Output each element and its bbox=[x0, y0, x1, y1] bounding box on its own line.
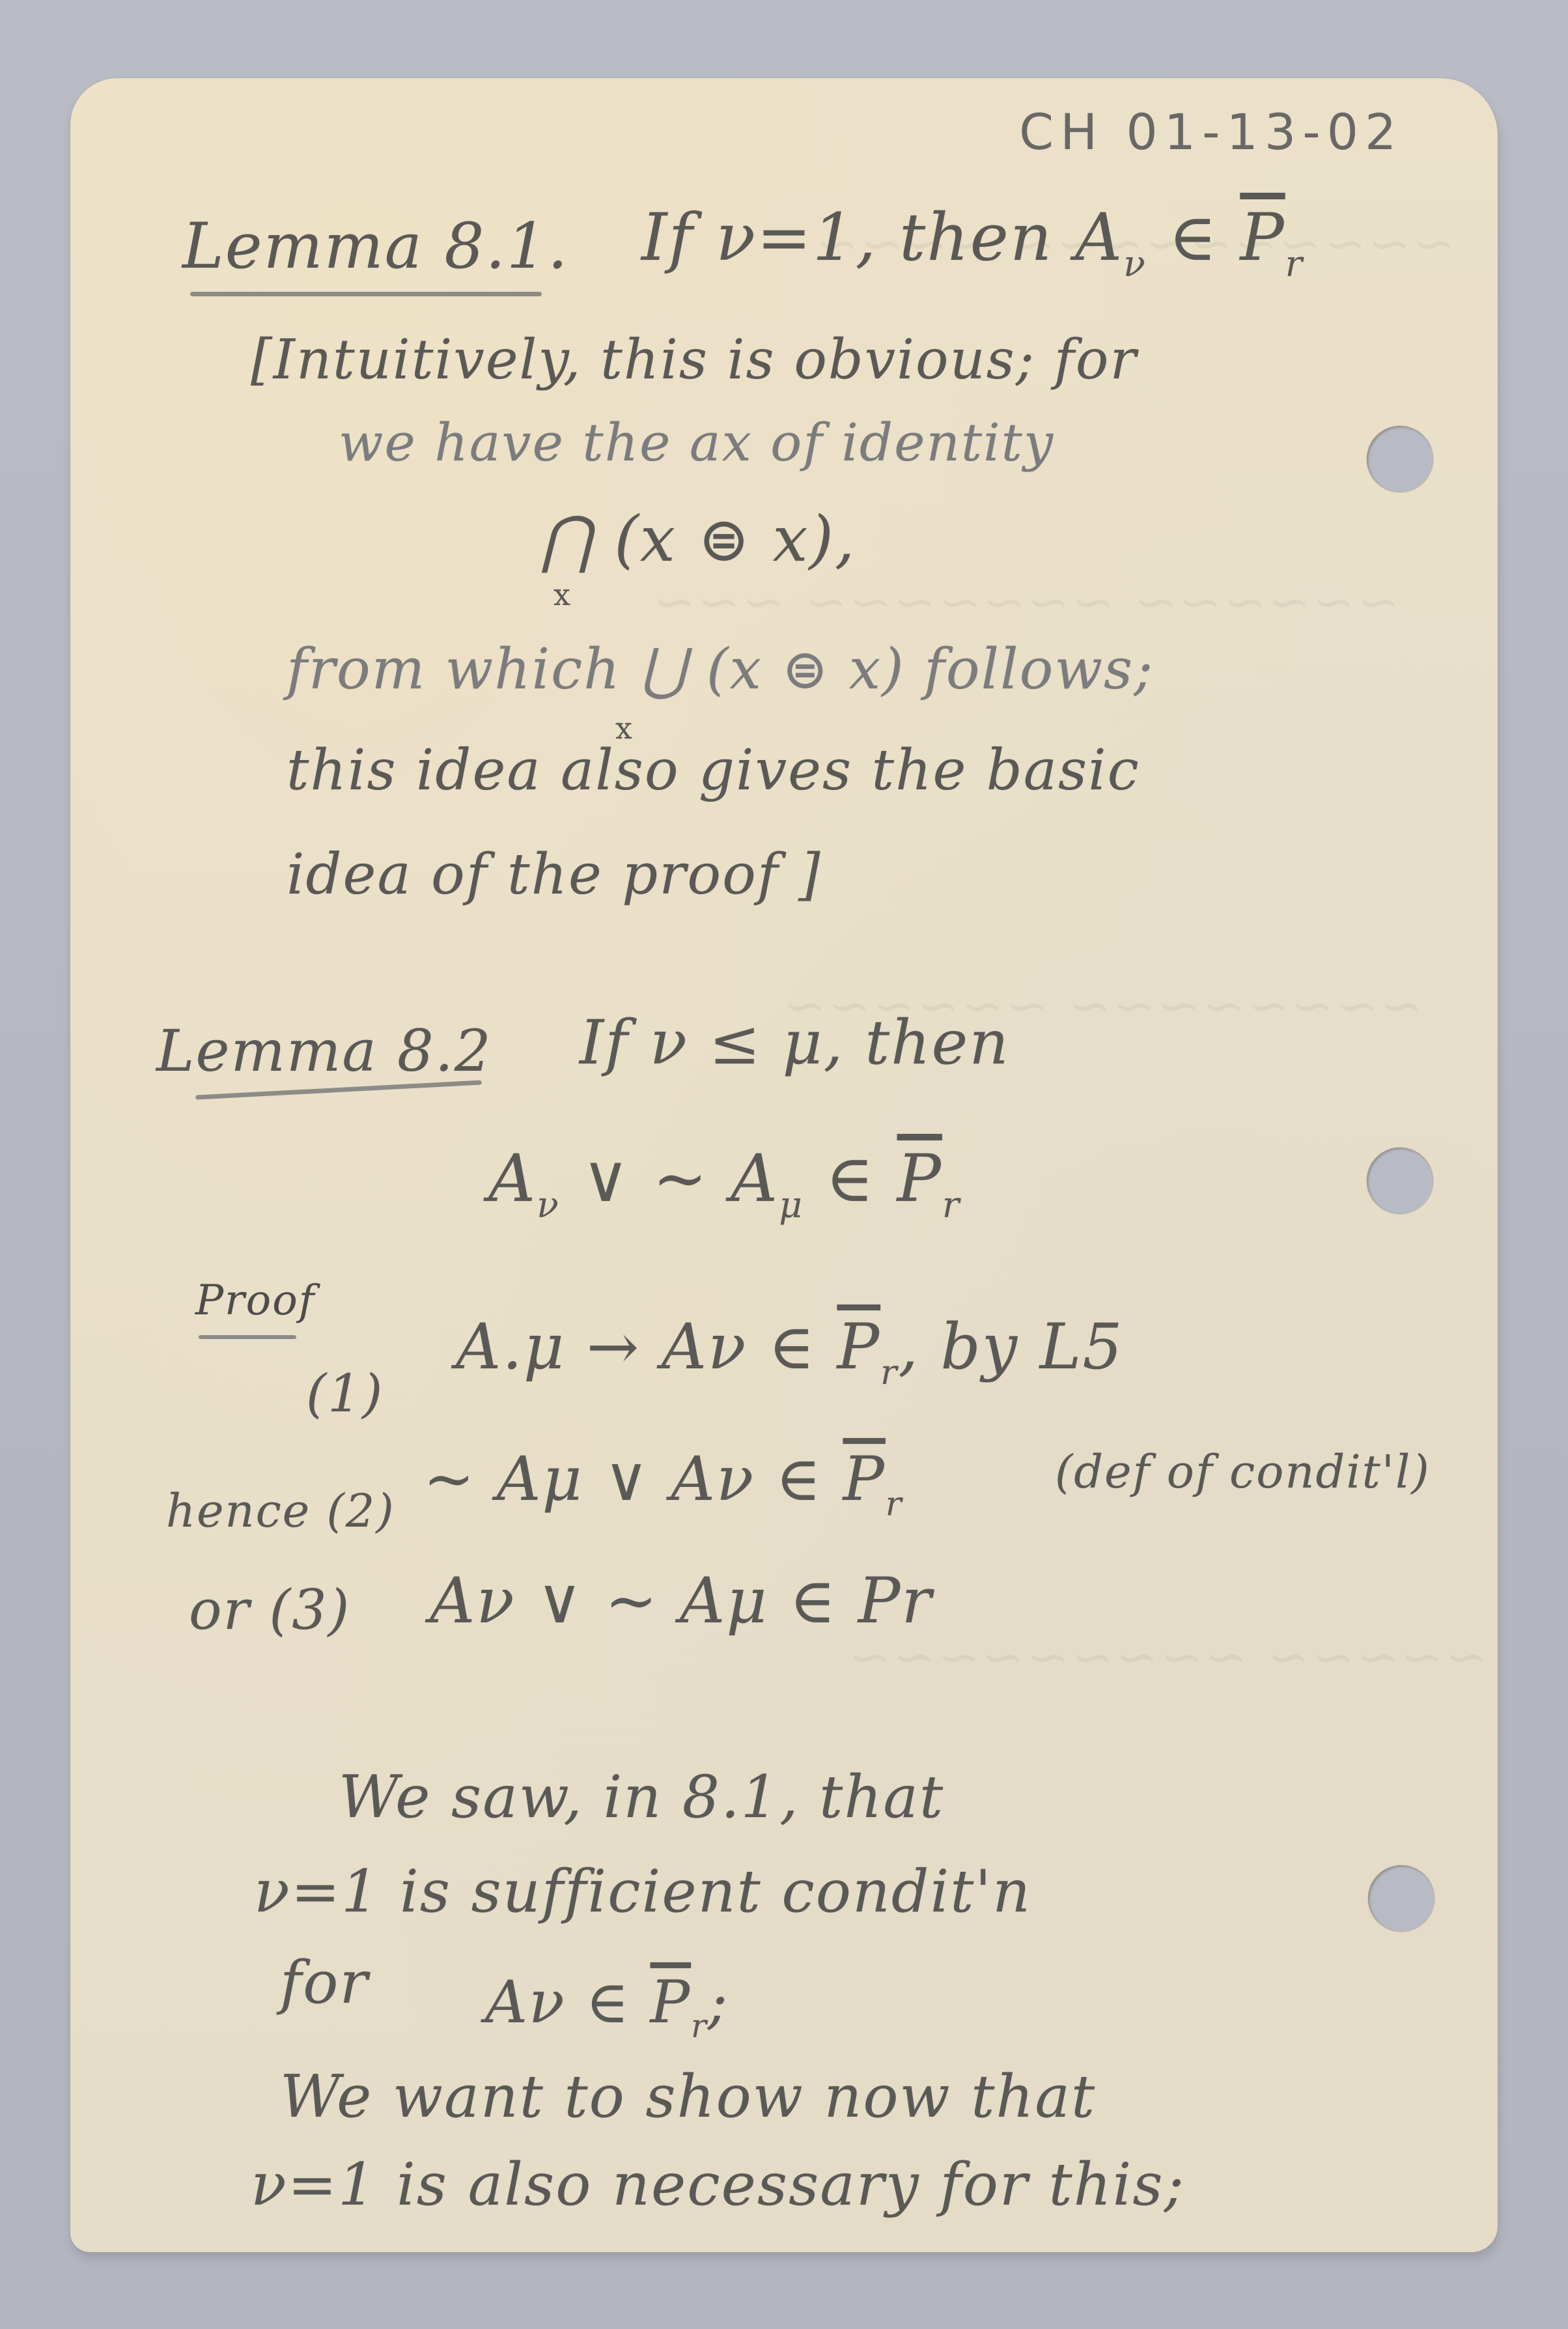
proof-underline bbox=[199, 1335, 296, 1339]
remark-line-1: [Intuitively, this is obvious; for bbox=[251, 332, 1138, 387]
proof-step-2-reason: (def of condit'l) bbox=[1055, 1449, 1431, 1495]
closing-line-3-for: for bbox=[280, 1954, 369, 2012]
element-of-symbol: ∈ bbox=[804, 1140, 897, 1217]
set-symbol: P bbox=[1240, 199, 1285, 275]
subscript: r bbox=[942, 1184, 960, 1226]
identity-axiom-formula: ⋂ (x ⊜ x), bbox=[540, 508, 856, 571]
lemma-8-1-statement-text: If ν=1, then A bbox=[641, 199, 1123, 275]
proof-step-2: ~ Aμ ∨ Aν ∈ Pr bbox=[423, 1449, 903, 1521]
closing-line-2: ν=1 is sufficient condit'n bbox=[254, 1863, 1031, 1921]
subscript: r bbox=[691, 2007, 708, 2044]
remark-line-2: we have the ax of identity bbox=[339, 417, 1054, 469]
catalog-number: CH 01-13-02 bbox=[1019, 107, 1403, 157]
proof-step-3: Aν ∨ ~ Aμ ∈ Pr bbox=[430, 1570, 932, 1632]
subscript: r bbox=[1285, 243, 1304, 285]
bleed-through-text: ~~~~~ ~~~~~~~~~ bbox=[847, 1628, 1488, 1687]
subscript: μ bbox=[779, 1184, 804, 1226]
formula-text: A bbox=[488, 1140, 537, 1217]
lemma-8-1-underline bbox=[190, 292, 542, 296]
closing-line-5: ν=1 is also necessary for this; bbox=[251, 2156, 1185, 2214]
lemma-8-1-label: Lemma 8.1. bbox=[182, 215, 569, 277]
subscript: ν bbox=[1123, 243, 1146, 285]
remark-line-5: idea of the proof ] bbox=[287, 847, 822, 903]
set-symbol: P bbox=[837, 1310, 880, 1383]
bound-variable-x: x bbox=[553, 580, 572, 610]
closing-line-1: We saw, in 8.1, that bbox=[339, 1768, 944, 1827]
binder-hole bbox=[1367, 1148, 1433, 1214]
lemma-8-2-label: Lemma 8.2 bbox=[156, 1023, 492, 1080]
lemma-8-1-statement: If ν=1, then Aν ∈ Pr bbox=[641, 205, 1304, 282]
proof-step-3-prefix: or (3) bbox=[189, 1583, 350, 1637]
bleed-through-text: ~~~~~~ ~~~~~~~ ~~~ bbox=[651, 573, 1399, 632]
formula-text: ~ Aμ ∨ Aν ∈ bbox=[423, 1444, 843, 1515]
set-symbol: P bbox=[843, 1444, 886, 1515]
binder-hole bbox=[1368, 1865, 1435, 1932]
set-symbol: P bbox=[897, 1140, 942, 1217]
subscript: r bbox=[886, 1484, 903, 1523]
element-of-symbol: ∈ bbox=[1147, 199, 1240, 275]
lemma-8-2-statement: If ν ≤ μ, then bbox=[580, 1013, 1010, 1074]
proof-step-1-number: (1) bbox=[306, 1368, 384, 1420]
proof-step-2-prefix: hence (2) bbox=[166, 1488, 395, 1534]
proof-reason: , by L5 bbox=[898, 1310, 1123, 1383]
semicolon: ; bbox=[708, 1968, 729, 2037]
lemma-8-2-formula: Aν ∨ ~ Aμ ∈ Pr bbox=[488, 1146, 960, 1223]
proof-label: Proof bbox=[195, 1280, 315, 1321]
formula-text: A.μ → Aν ∈ bbox=[456, 1310, 837, 1383]
formula-text: Aν ∈ bbox=[485, 1968, 651, 2037]
remark-line-4: this idea also gives the basic bbox=[287, 742, 1140, 798]
binder-hole bbox=[1367, 426, 1433, 492]
subscript: ν bbox=[537, 1184, 559, 1226]
remark-line-3: from which ⋃ (x ⊜ x) follows; bbox=[287, 642, 1154, 698]
set-symbol: P bbox=[651, 1968, 692, 2037]
closing-formula: Aν ∈ Pr; bbox=[485, 1973, 729, 2042]
proof-step-1: A.μ → Aν ∈ Pr, by L5 bbox=[456, 1316, 1123, 1390]
subscript: r bbox=[880, 1353, 898, 1392]
formula-text: ∨ ~ A bbox=[560, 1140, 779, 1217]
closing-line-4: We want to show now that bbox=[280, 2068, 1096, 2126]
